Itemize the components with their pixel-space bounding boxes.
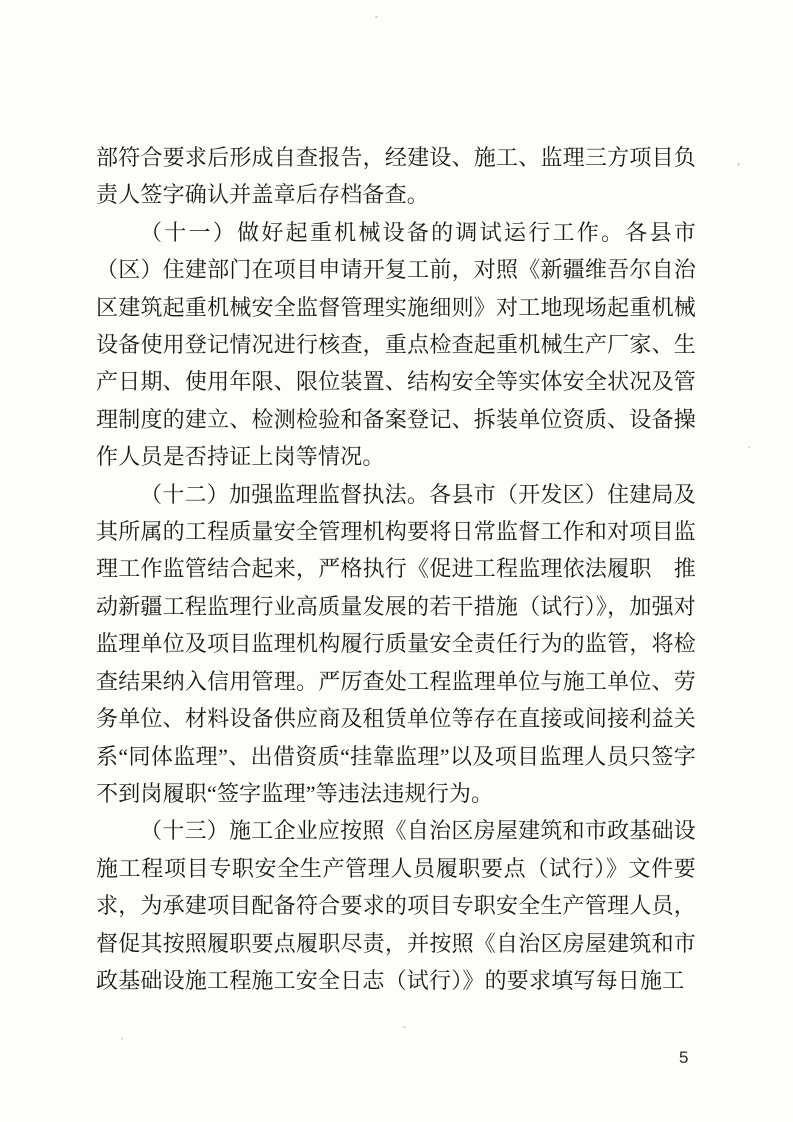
scan-speck bbox=[748, 446, 750, 448]
document-body: 部符合要求后形成自查报告，经建设、施工、监理三方项目负责人签字确认并盖章后存档备… bbox=[96, 139, 696, 999]
paragraph-item-13: （十三）施工企业应按照《自治区房屋建筑和市政基础设施工程项目专职安全生产管理人员… bbox=[96, 812, 696, 999]
scan-speck bbox=[737, 163, 740, 166]
scan-speck bbox=[375, 16, 378, 18]
paragraph-continuation: 部符合要求后形成自查报告，经建设、施工、监理三方项目负责人签字确认并盖章后存档备… bbox=[96, 139, 696, 214]
scan-speck bbox=[121, 1037, 123, 1040]
paragraph-item-12: （十二）加强监理监督执法。各县市（开发区）住建局及其所属的工程质量安全管理机构要… bbox=[96, 476, 696, 813]
paragraph-item-11: （十一）做好起重机械设备的调试运行工作。各县市（区）住建部门在项目申请开复工前，… bbox=[96, 214, 696, 476]
page-number: 5 bbox=[679, 1048, 688, 1068]
scan-speck bbox=[403, 1026, 406, 1028]
document-page: 部符合要求后形成自查报告，经建设、施工、监理三方项目负责人签字确认并盖章后存档备… bbox=[0, 0, 793, 1122]
